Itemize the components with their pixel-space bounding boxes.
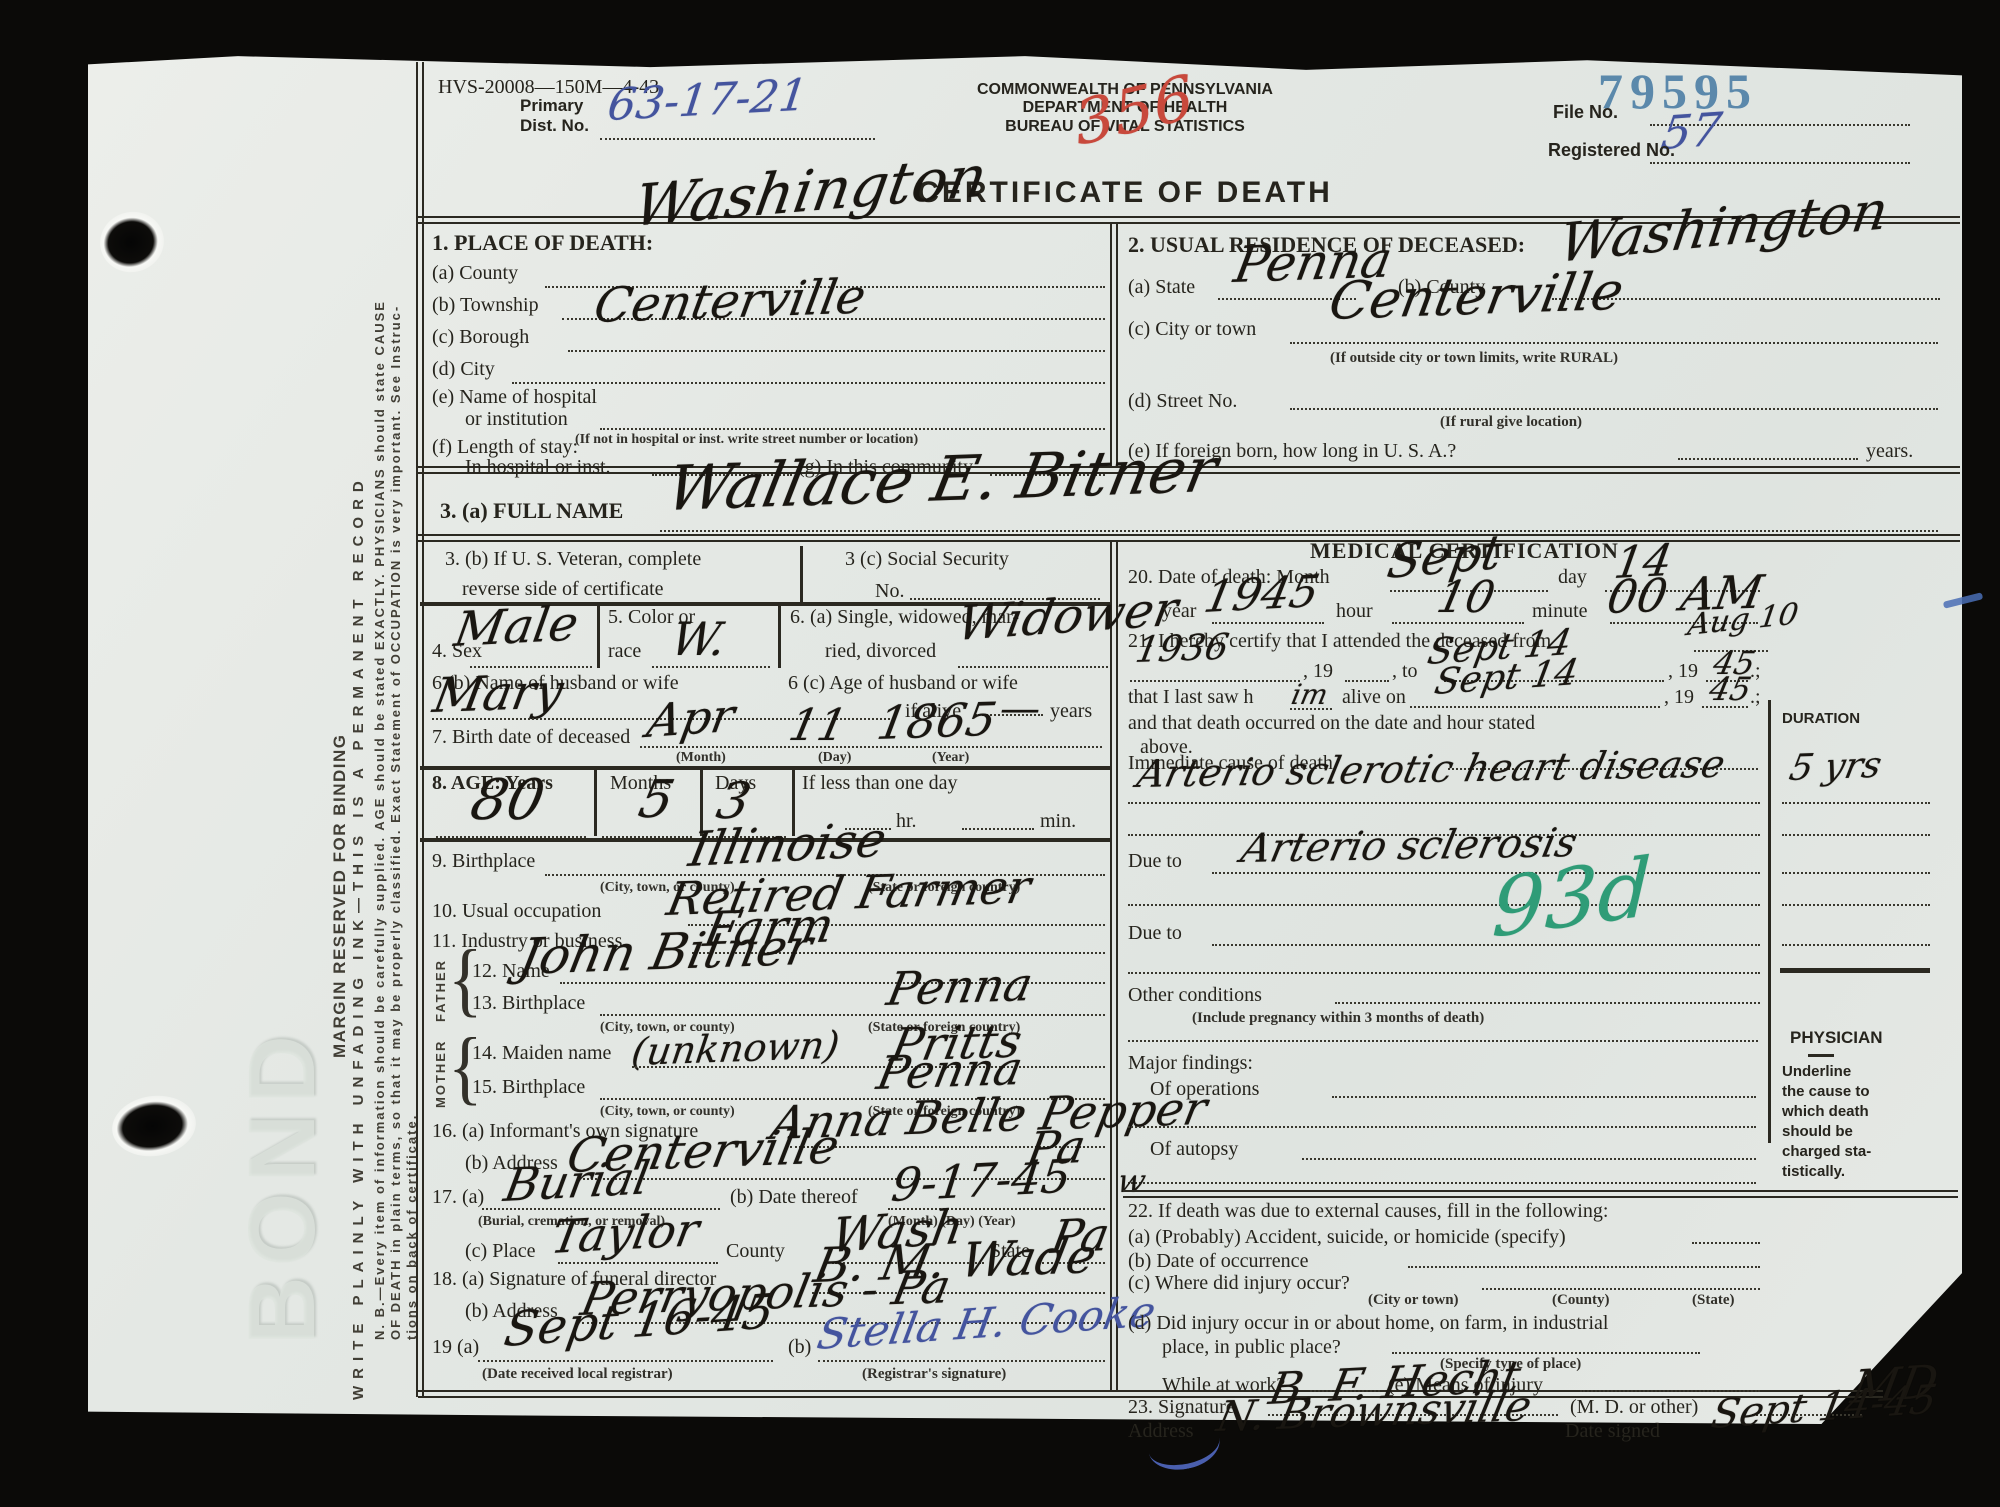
section-rule xyxy=(1123,1190,1958,1198)
burial-label: 17. (a) xyxy=(432,1186,484,1209)
city-label: (d) City xyxy=(432,358,495,381)
registrar-b-label: (b) xyxy=(788,1336,811,1359)
sex-value: Male xyxy=(451,596,583,658)
attended-from-year-value: 1936 xyxy=(1132,627,1232,671)
field-line xyxy=(652,666,770,668)
field-line xyxy=(1302,1158,1756,1160)
field-line xyxy=(962,828,1034,830)
field-line xyxy=(1128,802,1760,804)
margin-binding-note: MARGIN RESERVED FOR BINDING xyxy=(330,734,350,1059)
father-name-value: John Bitner xyxy=(514,918,816,986)
of-autopsy-label: Of autopsy xyxy=(1150,1138,1238,1161)
field-line xyxy=(1702,706,1748,708)
occupation-label: 10. Usual occupation xyxy=(432,900,601,923)
field-line xyxy=(818,1360,1105,1362)
field-line xyxy=(1332,1096,1756,1098)
where-injury-label: (c) Where did injury occur? xyxy=(1128,1272,1350,1295)
punctuation: .; xyxy=(1750,686,1761,709)
column-divider xyxy=(1110,542,1118,1390)
field-line xyxy=(1392,1352,1700,1354)
date-signed-label: Date signed xyxy=(1565,1420,1660,1443)
field-line xyxy=(1345,680,1389,682)
day-caption: (Day) xyxy=(818,750,851,766)
field-line xyxy=(660,530,1938,532)
scanned-death-certificate: BOND MARGIN RESERVED FOR BINDING WRITE P… xyxy=(0,0,2000,1507)
md-or-other-label: (M. D. or other) xyxy=(1570,1396,1698,1419)
cell-divider xyxy=(597,606,600,668)
due-to-label: Due to xyxy=(1128,922,1182,945)
hospital-label-line2: or institution xyxy=(465,408,568,431)
field-line xyxy=(600,428,1105,430)
field-line xyxy=(1782,904,1930,906)
registrar-row-label: 19 (a) xyxy=(432,1336,479,1359)
years-label: years. xyxy=(1866,440,1913,463)
field-line xyxy=(1692,1242,1760,1244)
min-label: min. xyxy=(1040,810,1076,833)
alive-on-label: alive on xyxy=(1342,686,1406,709)
accident-suicide-label: (a) (Probably) Accident, suicide, or hom… xyxy=(1128,1226,1566,1249)
pregnancy-caption: (Include pregnancy within 3 months of de… xyxy=(1192,1010,1484,1027)
last-saw-him-value: im xyxy=(1288,678,1331,711)
duration-label: DURATION xyxy=(1782,710,1860,727)
father-birthplace-label: 13. Birthplace xyxy=(472,992,585,1015)
burial-date-label: (b) Date thereof xyxy=(730,1186,858,1209)
field-line xyxy=(1782,834,1930,836)
death-day-label: day xyxy=(1558,566,1587,589)
registrar-signature-caption: (Registrar's signature) xyxy=(862,1366,1006,1383)
margin-nb-note-line1: N. B.—Every item of information should b… xyxy=(372,300,387,1340)
injury-location-label-line2: place, in public place? xyxy=(1162,1336,1341,1359)
field-line xyxy=(1782,944,1930,946)
field-line xyxy=(1128,1182,1756,1184)
place-of-death-heading: 1. PLACE OF DEATH: xyxy=(432,230,653,256)
spouse-years-label: years xyxy=(1050,700,1092,723)
county-caption: (County) xyxy=(1552,1292,1610,1309)
physician-address-label: Address xyxy=(1128,1420,1194,1443)
birthplace-label: 9. Birthplace xyxy=(432,850,535,873)
county-label: (a) County xyxy=(432,262,518,285)
birth-date-label: 7. Birth date of deceased xyxy=(432,726,630,749)
physician-note: Underline the cause to which death shoul… xyxy=(1782,1062,1942,1182)
hospital-label-line1: (e) Name of hospital xyxy=(432,386,597,409)
year-caption: (Year) xyxy=(932,750,969,766)
field-line xyxy=(1212,944,1760,946)
last-saw-label: that I last saw h xyxy=(1128,686,1254,709)
file-no-label: File No. xyxy=(1553,102,1618,123)
social-security-label: 3 (c) Social Security xyxy=(845,548,1009,571)
field-line xyxy=(600,1014,1105,1016)
field-line xyxy=(1678,458,1858,460)
month-caption: (Month) xyxy=(676,750,726,766)
field-line xyxy=(958,666,1108,668)
last-saw-year-value: 45 xyxy=(1706,670,1755,708)
field-line xyxy=(1212,872,1760,874)
residence-city-value: Centerville xyxy=(1325,262,1628,332)
field-line xyxy=(1128,972,1760,974)
to-label: , to xyxy=(1392,660,1418,683)
death-year-label: year xyxy=(1162,600,1196,623)
of-operations-label: Of operations xyxy=(1150,1078,1259,1101)
mother-side-label: MOTHER xyxy=(433,1040,448,1108)
residence-state-label: (a) State xyxy=(1128,276,1195,299)
street-no-label: (d) Street No. xyxy=(1128,390,1237,413)
due-to-label: Due to xyxy=(1128,850,1182,873)
field-line xyxy=(1212,622,1324,624)
full-name-label: 3. (a) FULL NAME xyxy=(440,498,623,524)
injury-location-label-line1: (d) Did injury occur in or about home, o… xyxy=(1128,1312,1608,1335)
burial-county-label: County xyxy=(726,1240,785,1263)
form-border-left xyxy=(416,62,424,1397)
primary-label: Primary xyxy=(520,96,583,116)
field-line xyxy=(640,746,1102,748)
field-line xyxy=(1335,1002,1760,1004)
mother-maiden-label: 14. Maiden name xyxy=(472,1042,611,1065)
external-causes-heading: 22. If death was due to external causes,… xyxy=(1128,1200,1608,1223)
dist-no-label: Dist. No. xyxy=(520,116,589,136)
mother-birthplace-label: 15. Birthplace xyxy=(472,1076,585,1099)
death-hour-value: 10 xyxy=(1433,572,1500,623)
field-line xyxy=(1782,802,1930,804)
comma-19-label: , 19 xyxy=(1664,686,1694,709)
veteran-label-line1: 3. (b) If U. S. Veteran, complete xyxy=(445,548,701,571)
field-line xyxy=(568,350,1105,352)
hr-label: hr. xyxy=(896,810,917,833)
immediate-cause-duration: 5 yrs xyxy=(1786,745,1885,789)
field-line xyxy=(1290,342,1938,344)
state-caption: (State) xyxy=(1692,1292,1734,1309)
spouse-age-value: — xyxy=(1000,686,1040,732)
death-occurred-label: and that death occurred on the date and … xyxy=(1128,712,1535,735)
stay-in-hospital-label: In hospital or inst. xyxy=(465,456,611,479)
township-label: (b) Township xyxy=(432,294,539,317)
physician-address-value: N. Brownsville xyxy=(1213,1381,1536,1441)
field-line xyxy=(1128,1040,1758,1042)
field-line xyxy=(558,1262,718,1264)
spouse-name-value: Mary xyxy=(429,664,568,724)
field-line xyxy=(1290,408,1938,410)
borough-label: (c) Borough xyxy=(432,326,529,349)
field-line xyxy=(1128,1126,1756,1128)
father-birthplace-value: Penna xyxy=(883,957,1037,1016)
other-conditions-label: Other conditions xyxy=(1128,984,1262,1007)
field-line xyxy=(1290,708,1332,710)
residence-city-caption: (If outside city or town limits, write R… xyxy=(1330,350,1618,367)
field-line xyxy=(1482,1288,1760,1290)
age-less-than-day-label: If less than one day xyxy=(802,772,958,795)
color-race-label-line2: race xyxy=(608,640,641,663)
field-line xyxy=(478,1360,773,1362)
cell-divider xyxy=(778,606,781,668)
place-borough-value: Centerville xyxy=(590,269,870,334)
physician-dash xyxy=(1808,1054,1834,1057)
cell-divider xyxy=(800,546,803,602)
date-of-occurrence-label: (b) Date of occurrence xyxy=(1128,1250,1308,1273)
mother-brace: { xyxy=(448,1020,483,1115)
street-caption: (If rural give location) xyxy=(1440,414,1582,431)
field-line xyxy=(1410,706,1660,708)
birth-month-value: Apr xyxy=(643,688,739,748)
cell-divider xyxy=(594,768,597,836)
residence-city-label: (c) City or town xyxy=(1128,318,1256,341)
marital-label-line2: ried, divorced xyxy=(825,640,936,663)
margin-write-plainly-note: WRITE PLAINLY WITH UNFADING INK—THIS IS … xyxy=(350,474,367,1400)
field-line xyxy=(1130,680,1300,682)
dist-no-value: 63-17-21 xyxy=(605,70,811,131)
margin-nb-note-line2: OF DEATH in plain terms, so that it may … xyxy=(388,305,403,1340)
death-minute-label: minute xyxy=(1532,600,1588,623)
column-divider xyxy=(1110,224,1118,466)
color-race-value: W. xyxy=(666,612,731,666)
major-findings-label: Major findings: xyxy=(1128,1052,1253,1075)
birth-day-value: 11 xyxy=(785,700,852,751)
field-line xyxy=(1392,622,1524,624)
burial-place-value: Taylor xyxy=(547,1202,703,1264)
birth-year-value: 1865 xyxy=(873,692,1000,750)
field-line xyxy=(1782,872,1930,874)
age-years-value: 80 xyxy=(465,768,550,833)
duration-mark xyxy=(1780,968,1930,973)
burial-place-label: (c) Place xyxy=(465,1240,536,1263)
registered-no-label: Registered No. xyxy=(1548,140,1675,161)
death-hour-label: hour xyxy=(1336,600,1373,623)
comma-19-label: , 19 xyxy=(1668,660,1698,683)
city-county-caption: (City, town, or county) xyxy=(600,1104,735,1120)
field-line xyxy=(600,138,875,140)
field-line xyxy=(512,382,1105,384)
burial-type-value: Burial xyxy=(500,1151,653,1212)
social-security-no-label: No. xyxy=(875,580,904,603)
field-line xyxy=(1408,1266,1760,1268)
death-year-value: 1945 xyxy=(1200,566,1323,623)
father-side-label: FATHER xyxy=(433,959,448,1022)
city-or-town-caption: (City or town) xyxy=(1368,1292,1459,1309)
field-line xyxy=(1650,162,1910,164)
section-rule xyxy=(418,534,1960,542)
bond-watermark: BOND xyxy=(228,1025,337,1345)
duration-column-divider xyxy=(1768,700,1771,1143)
field-line xyxy=(1128,904,1760,906)
physician-label: PHYSICIAN xyxy=(1790,1028,1883,1048)
field-line xyxy=(632,1066,1105,1068)
date-received-caption: (Date received local registrar) xyxy=(482,1366,673,1383)
